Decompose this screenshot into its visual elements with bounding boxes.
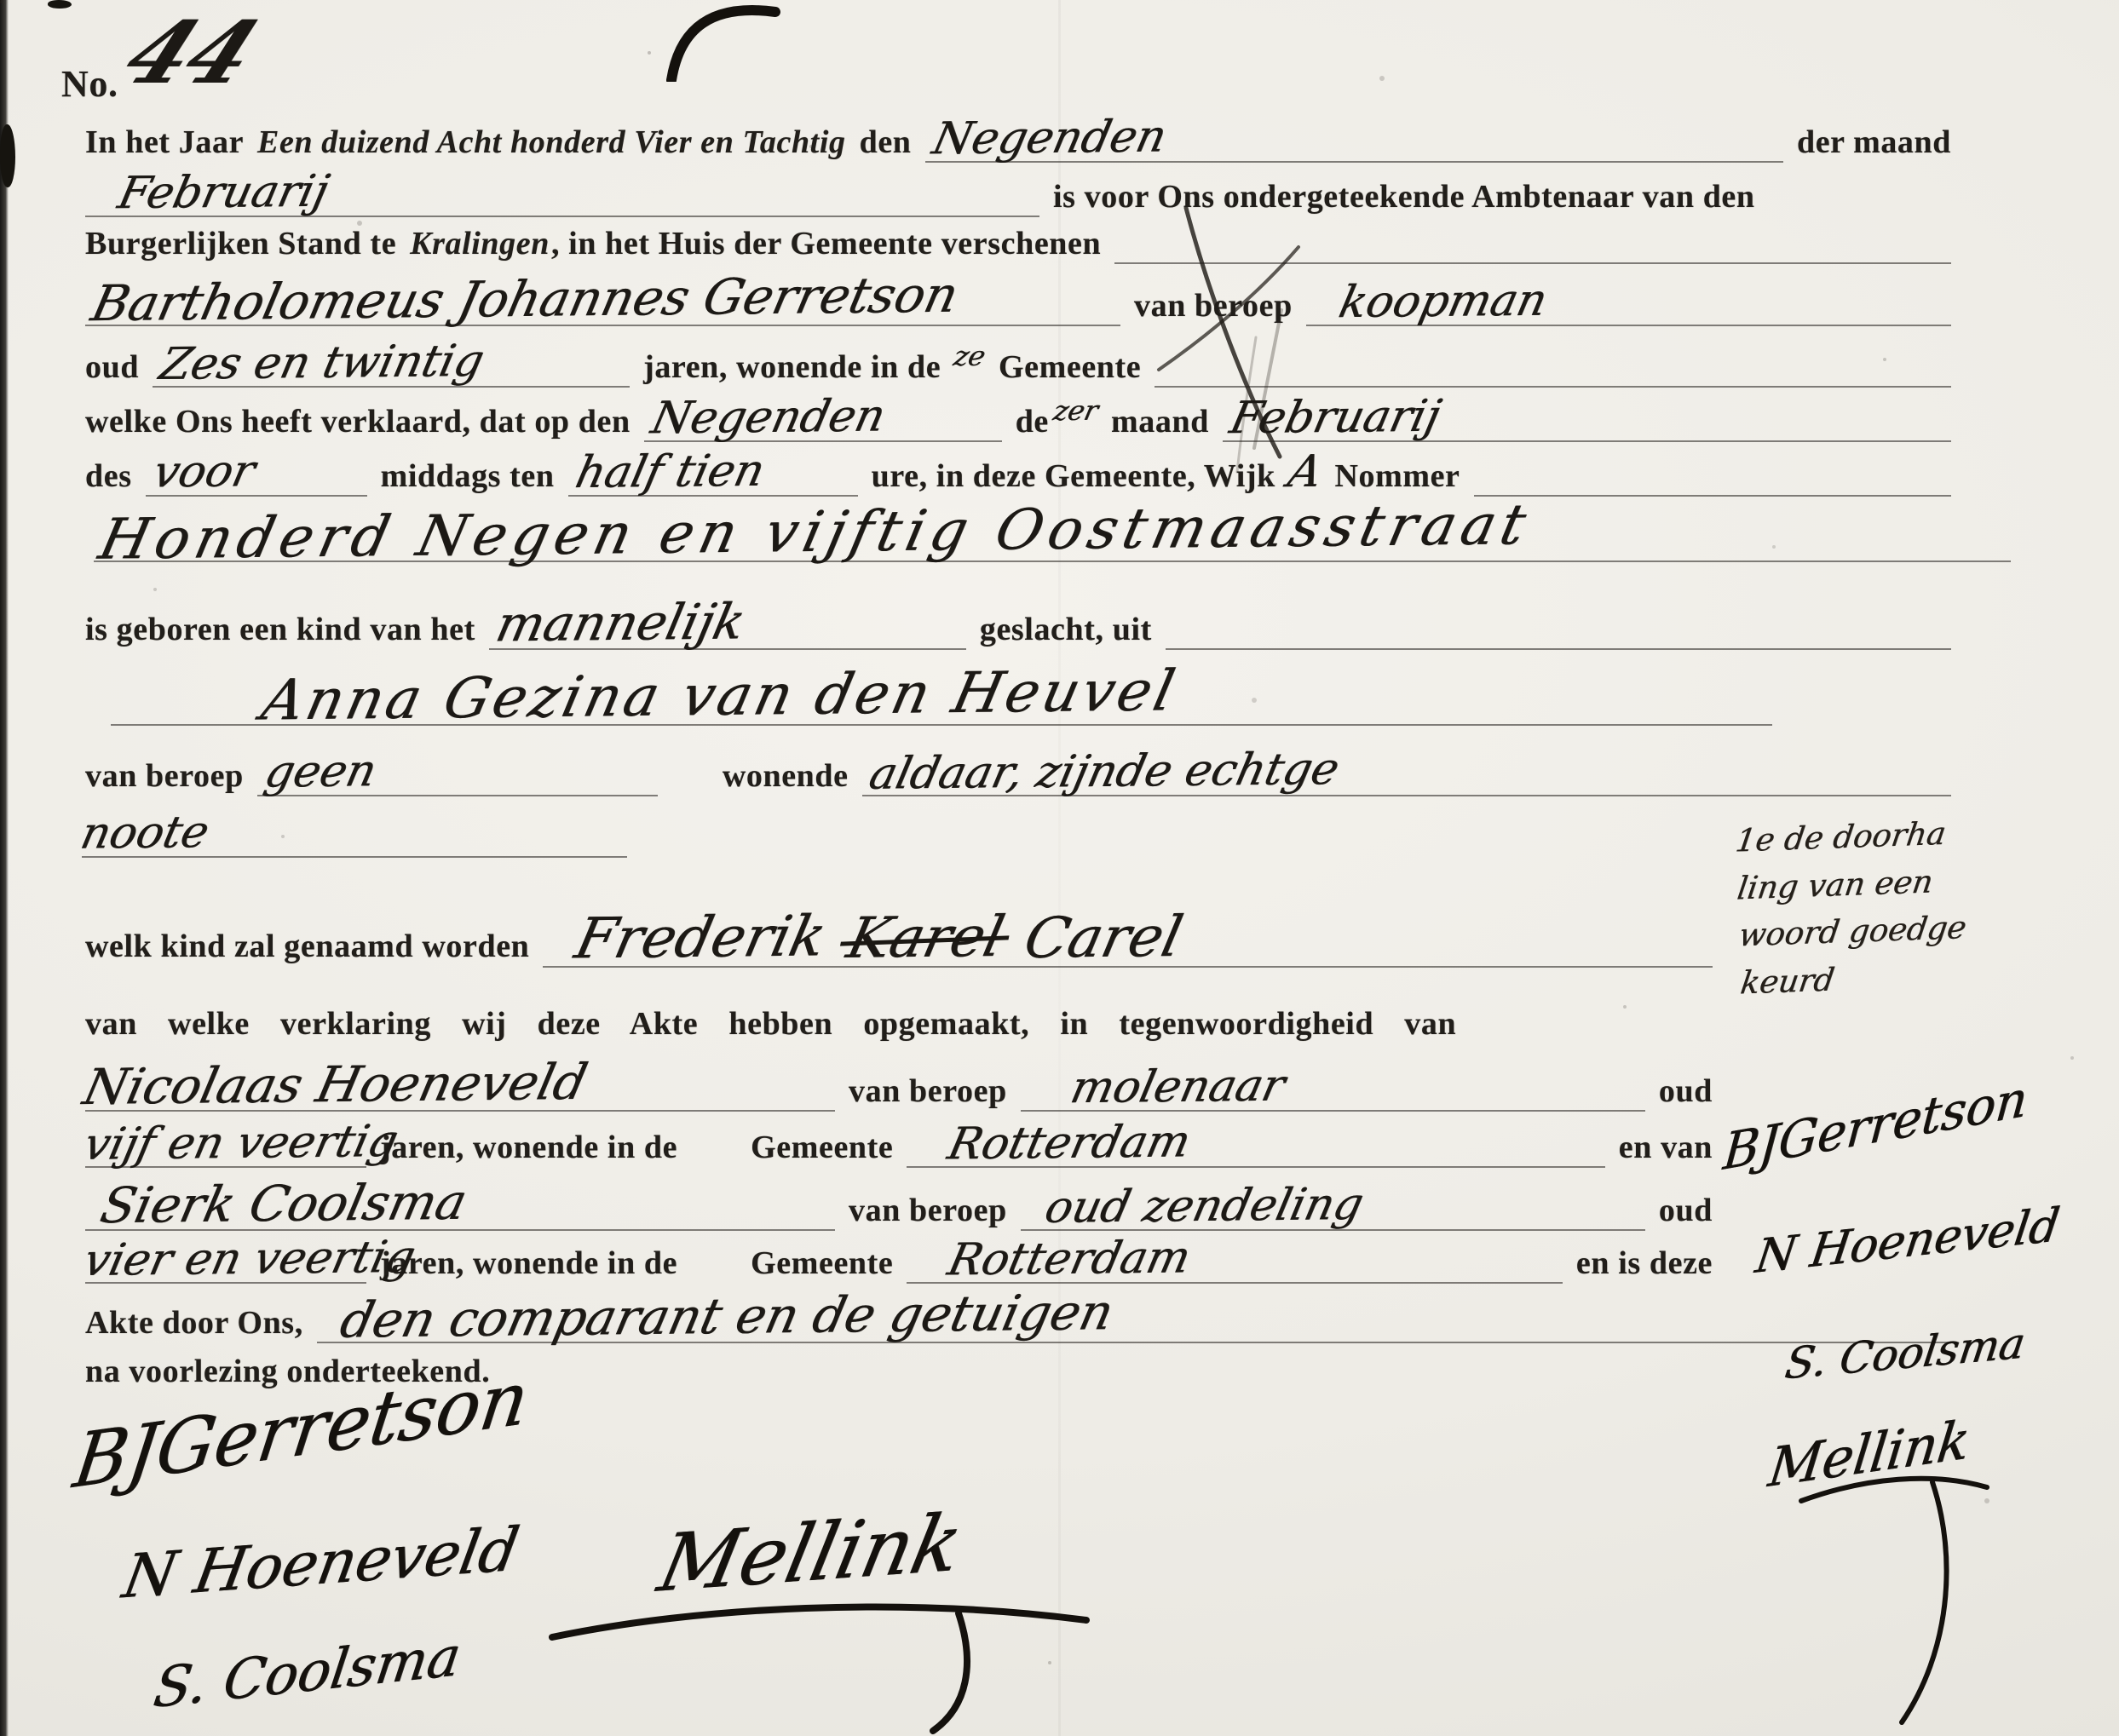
fill-address: Honderd Negen en vijftig Oostmaasstraat — [94, 504, 2011, 562]
printed-jaren-wonende-1: jaren, wonende in de — [643, 348, 941, 386]
handwritten-address: Honderd Negen en vijftig Oostmaasstraat — [95, 497, 1536, 568]
fill-day-of-month: Negenden — [925, 116, 1783, 163]
handwritten-name-frederik: Frederik — [571, 908, 832, 967]
fill-birth-month: Februarij — [1223, 395, 1951, 442]
fill-blank-1 — [1114, 225, 1951, 264]
signature-witness-coolsma: S. Coolsma — [150, 1630, 464, 1717]
printed-burgerlijken-stand: Burgerlijken Stand te — [85, 225, 396, 262]
fill-child-name: Frederik Karel Carel — [543, 910, 1713, 968]
fill-sex: mannelijk — [489, 598, 966, 650]
fill-hour: half tien — [568, 450, 858, 497]
handwritten-declarant-age: Zes en twintig — [156, 339, 488, 387]
fill-witness1-age: vijf en veertig — [85, 1121, 366, 1168]
handwritten-name-carel: Carel — [1020, 909, 1188, 967]
printed-year-words: Een duizend Acht honderd Vier en Tachtig — [257, 124, 846, 161]
margin-signature-flourish — [1789, 1448, 1994, 1729]
signature-witness-hoeneveld: N Hoeneveld — [118, 1519, 522, 1607]
signature-flourish — [528, 1525, 1108, 1736]
fill-birth-day: Negenden — [644, 395, 1002, 442]
margin-signature-gerretson: BJGerretson — [1721, 1073, 2029, 1178]
printed-akte-door-ons: Akte door Ons, — [85, 1304, 303, 1342]
handwritten-mother-occupation: geen — [261, 749, 380, 794]
printed-jaren-wonende-3: jaren, wonende in de — [380, 1245, 677, 1282]
fill-witness2-age: vier en veertig — [85, 1237, 366, 1284]
line-municipality: Burgerlijken Stand te Kralingen , in het… — [85, 225, 1951, 264]
fill-witness1-occupation: molenaar — [1021, 1065, 1645, 1112]
printed-van-beroep-4: van beroep — [849, 1192, 1007, 1229]
stray-ink-stroke — [663, 0, 791, 82]
handwritten-mother-residence: aldaar, zijnde echtge — [865, 747, 1342, 796]
handwritten-name-karel-struck: Karel — [842, 909, 1008, 967]
act-number-block: No. 44 — [61, 24, 250, 109]
printed-jaren-wonende-2: jaren, wonende in de — [380, 1129, 677, 1166]
fill-witness2-occupation: oud zendeling — [1021, 1184, 1645, 1231]
line-witness1: Nicolaas Hoeneveld van beroep molenaar o… — [85, 1060, 1713, 1112]
handwritten-hour: half tien — [572, 449, 769, 495]
handwritten-witness2-occupation: oud zendeling — [1041, 1182, 1368, 1230]
printed-is-voor-ons: is voor Ons ondergeteekende Ambtenaar va… — [1053, 178, 1755, 216]
handwritten-day: Negenden — [928, 115, 1169, 162]
printed-gemeente-1: Gemeente — [999, 348, 1141, 386]
printed-nommer: Nommer — [1334, 457, 1460, 495]
fill-comparant-getuigen: den comparant en de getuigen — [317, 1291, 1951, 1343]
handwritten-witness1-town: Rotterdam — [944, 1120, 1195, 1167]
handwritten-birth-day: Negenden — [648, 394, 889, 441]
fill-mother-occupation: geen — [257, 750, 658, 796]
line-child-sex: is geboren een kind van het mannelijk ge… — [85, 598, 1951, 650]
margin-signature-hoeneveld: N Hoeneveld — [1753, 1202, 2062, 1280]
printed-wonende: wonende — [723, 757, 849, 795]
line-akte-door-ons: Akte door Ons, den comparant en de getui… — [85, 1291, 1951, 1343]
fill-mother-residence: aldaar, zijnde echtge — [862, 750, 1951, 796]
handwritten-birth-month: Februarij — [1226, 394, 1444, 441]
handwritten-ze-suffix: ze — [952, 342, 988, 370]
printed-en-is-deze: en is deze — [1576, 1245, 1713, 1282]
handwritten-witness2-name: Sierk Coolsma — [96, 1177, 471, 1230]
handwritten-witness1-occupation: molenaar — [1067, 1064, 1288, 1111]
printed-der-maand: der maand — [1797, 124, 1951, 161]
printed-des: des — [85, 457, 132, 495]
printed-van-beroep-3: van beroep — [849, 1072, 1007, 1110]
line-declarant-age: oud Zes en twintig jaren, wonende in de … — [85, 341, 1951, 388]
handwritten-ward-letter: A — [1284, 450, 1326, 494]
line-mother: Anna Gezina van den Heuvel — [111, 668, 1772, 726]
fill-witness1-town: Rotterdam — [907, 1121, 1604, 1168]
fill-ampm: voor — [146, 450, 367, 497]
printed-de: de — [1016, 403, 1049, 440]
fill-witness2-name: Sierk Coolsma — [85, 1179, 835, 1231]
handwritten-voor: voor — [149, 449, 259, 494]
printed-van-beroep-2: van beroep — [85, 757, 244, 795]
line-witness2: Sierk Coolsma van beroep oud zendeling o… — [85, 1179, 1713, 1231]
fill-witness2-town: Rotterdam — [907, 1237, 1563, 1284]
fill-declarant-age: Zes en twintig — [153, 341, 630, 388]
handwritten-comparant-getuigen: den comparant en de getuigen — [336, 1287, 1117, 1344]
printed-en-van: en van — [1619, 1129, 1713, 1166]
printed-maand: maand — [1111, 403, 1209, 440]
scanned-document-page: No. 44 In het Jaar Een duizend Acht hond… — [0, 0, 2119, 1736]
ink-blot — [0, 124, 15, 187]
handwritten-witness1-name: Nicolaas Hoeneveld — [79, 1057, 591, 1112]
line-mother-occupation: van beroep geen wonende aldaar, zijnde e… — [85, 750, 1951, 796]
fill-blank-2 — [1155, 348, 1951, 388]
handwritten-zer-suffix: zer — [1051, 397, 1100, 425]
act-number-label: No. — [61, 62, 118, 106]
printed-in-het-jaar: In het Jaar — [85, 124, 244, 161]
printed-gemeente-2: Gemeente — [751, 1129, 893, 1166]
fill-blank-4 — [1166, 611, 1951, 650]
fill-blank-3 — [1474, 457, 1951, 497]
printed-oud-2: oud — [1659, 1072, 1713, 1110]
scan-edge-shadow — [0, 0, 9, 1736]
printed-welk-kind: welk kind zal genaamd worden — [85, 928, 529, 965]
line-birth-time: des voor middags ten half tien ure, in d… — [85, 450, 1951, 497]
line-declaration-date: welke Ons heeft verklaard, dat op den Ne… — [85, 395, 1951, 442]
handwritten-witness2-town: Rotterdam — [944, 1236, 1195, 1283]
printed-middags-ten: middags ten — [381, 457, 555, 495]
printed-huis-der-gemeente: , in het Huis der Gemeente verschenen — [551, 225, 1101, 262]
printed-ure-wijk: ure, in deze Gemeente, Wijk — [872, 457, 1275, 495]
printed-den: den — [860, 124, 912, 161]
fill-mother-name: Anna Gezina van den Heuvel — [111, 668, 1772, 726]
line-year-date: In het Jaar Een duizend Acht honderd Vie… — [85, 116, 1951, 163]
line-month-officiant: Februarij is voor Ons ondergeteekende Am… — [85, 170, 1951, 217]
printed-geslacht-uit: geslacht, uit — [980, 611, 1152, 648]
printed-van-beroep-1: van beroep — [1134, 287, 1293, 325]
handwritten-witness2-age: vier en veertig — [80, 1235, 419, 1283]
printed-welke-ons: welke Ons heeft verklaard, dat op den — [85, 403, 631, 440]
line-declarant: Bartholomeus Johannes Gerretson van bero… — [85, 274, 1951, 326]
margin-approval-note: 1e de doorha ling van een woord goedge k… — [1735, 805, 2107, 1007]
line-witness2-age: vier en veertig jaren, wonende in de Gem… — [85, 1237, 1713, 1284]
fill-declarant-occupation: koopman — [1306, 279, 1951, 326]
line-child-name: welk kind zal genaamd worden Frederik Ka… — [85, 910, 1713, 968]
printed-town-kralingen: Kralingen — [410, 225, 550, 262]
handwritten-witness1-age: vijf en veertig — [80, 1119, 402, 1167]
line-address: Honderd Negen en vijftig Oostmaasstraat — [94, 504, 2011, 562]
ink-speck — [48, 0, 72, 9]
fill-witness1-name: Nicolaas Hoeneveld — [85, 1060, 835, 1112]
paper-speckles — [0, 0, 3, 3]
handwritten-declarant-name: Bartholomeus Johannes Gerretson — [87, 270, 962, 329]
act-number-value: 44 — [112, 10, 269, 95]
line-noote: noote — [82, 811, 627, 858]
fill-declarant-name: Bartholomeus Johannes Gerretson — [85, 274, 1120, 326]
line-witness1-age: vijf en veertig jaren, wonende in de Gem… — [85, 1121, 1713, 1168]
handwritten-noote: noote — [77, 810, 213, 856]
printed-gemeente-3: Gemeente — [751, 1245, 893, 1282]
printed-oud-1: oud — [85, 348, 139, 386]
fill-month: Februarij — [85, 170, 1039, 217]
printed-is-geboren: is geboren een kind van het — [85, 611, 475, 648]
printed-van-welke-verklaring: van welke verklaring wij deze Akte hebbe… — [85, 1005, 1456, 1043]
printed-oud-3: oud — [1659, 1192, 1713, 1229]
handwritten-mother-name: Anna Gezina van den Heuvel — [256, 663, 1182, 728]
handwritten-sex: mannelijk — [492, 596, 749, 648]
handwritten-month: Februarij — [114, 170, 332, 216]
handwritten-declarant-occupation: koopman — [1335, 279, 1551, 325]
line-witness-intro: van welke verklaring wij deze Akte hebbe… — [85, 1005, 1951, 1043]
fill-noote: noote — [82, 811, 627, 858]
